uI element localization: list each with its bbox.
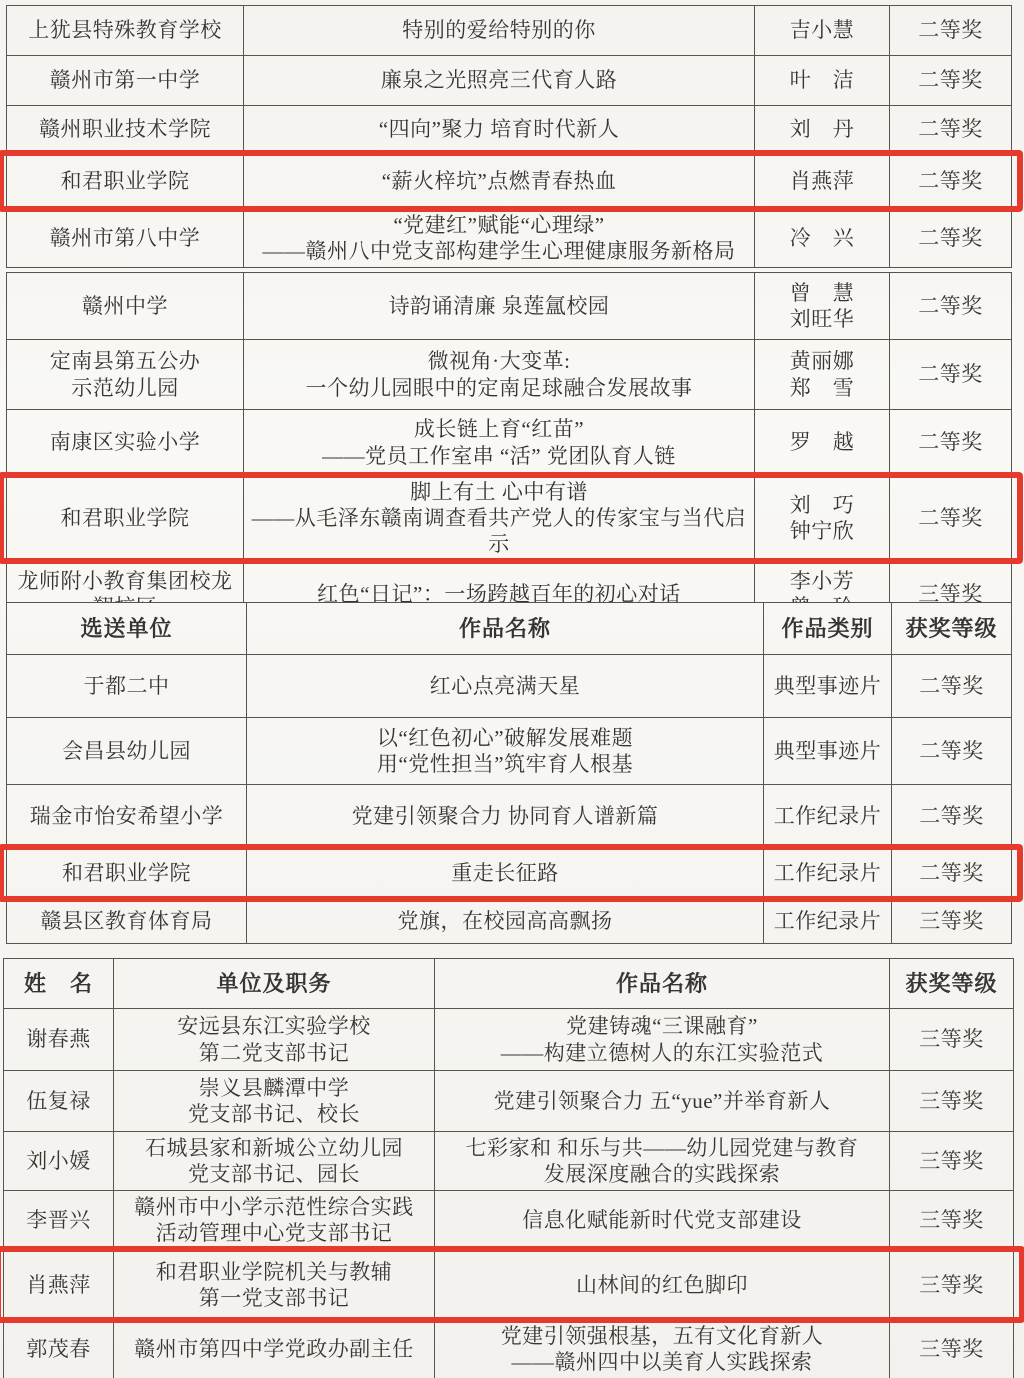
cell-person-name: 刘小媛	[4, 1132, 113, 1190]
cell-work-title: 七彩家和 和乐与共——幼儿园党建与教育 发展深度融合的实践探索	[434, 1132, 889, 1190]
cell-work-title: 信息化赋能新时代党支部建设	[434, 1191, 889, 1249]
cell-award: 二等奖	[889, 6, 1011, 55]
column-header-category: 作品类别	[763, 603, 891, 654]
table-row: 赣州职业技术学院 “四向”聚力 培育时代新人 刘 丹 二等奖	[7, 105, 1011, 153]
table-row: 定南县第五公办 示范幼儿园 微视角·大变革: 一个幼儿园眼中的定南足球融合发展故…	[7, 339, 1011, 409]
cell-unit: 和君职业学院	[7, 476, 243, 560]
cell-author: 叶 洁	[754, 56, 889, 105]
cell-award: 三等奖	[889, 1009, 1013, 1070]
categorized-work-award-table: 选送单位 作品名称 作品类别 获奖等级 于都二中 红心点亮满天星 典型事迹片 二…	[6, 602, 1012, 944]
table-row: 赣州市第一中学 廉泉之光照亮三代育人路 叶 洁 二等奖	[7, 55, 1011, 105]
table-row: 赣州市第八中学 “党建红”赋能“心理绿” ——赣州八中党支部构建学生心理健康服务…	[7, 208, 1011, 267]
cell-award: 二等奖	[891, 785, 1011, 847]
video-award-table-part1: 上犹县特殊教育学校 特别的爱给特别的你 吉小慧 二等奖 赣州市第一中学 廉泉之光…	[6, 5, 1012, 268]
cell-work-title: 党建引领强根基，五有文化育新人 ——赣州四中以美育人实践探索	[434, 1320, 889, 1378]
table-row: 会昌县幼儿园 以“红色初心”破解发展难题 用“党性担当”筑牢育人根基 典型事迹片…	[7, 717, 1011, 784]
cell-unit: 定南县第五公办 示范幼儿园	[7, 340, 243, 409]
cell-work-title: 党建引领聚合力 五“yue”并举育新人	[434, 1071, 889, 1131]
cell-work-title: 党建铸魂“三课融育” ——构建立德树人的东江实验范式	[434, 1009, 889, 1070]
column-header-award: 获奖等级	[889, 959, 1013, 1008]
column-header-unit: 选送单位	[7, 603, 246, 654]
cell-work-title: “薪火梓坑”点燃青春热血	[243, 154, 754, 208]
cell-award: 二等奖	[891, 848, 1011, 898]
column-header-work-title: 作品名称	[246, 603, 763, 654]
table-row-highlighted: 和君职业学院 脚上有土 心中有谱 ——从毛泽东赣南调查看共产党人的传家宝与当代启…	[7, 475, 1011, 560]
cell-work-title: 成长链上育“红苗” ——党员工作室串 “活” 党团队育人链	[243, 410, 754, 475]
column-header-award: 获奖等级	[891, 603, 1011, 654]
cell-author: 刘 丹	[754, 106, 889, 153]
cell-award: 二等奖	[889, 340, 1011, 409]
cell-author: 冷 兴	[754, 209, 889, 267]
cell-award: 二等奖	[889, 56, 1011, 105]
cell-award: 二等奖	[889, 410, 1011, 475]
cell-award: 二等奖	[889, 476, 1011, 560]
table-row: 赣县区教育体育局 党旗，在校园高高飘扬 工作纪录片 三等奖	[7, 898, 1011, 943]
cell-unit: 和君职业学院	[7, 154, 243, 208]
cell-award: 三等奖	[889, 1191, 1013, 1249]
cell-work-title: “四向”聚力 培育时代新人	[243, 106, 754, 153]
cell-author: 刘 巧 钟宁欣	[754, 476, 889, 560]
table-row: 郭茂春 赣州市第四中学党政办副主任 党建引领强根基，五有文化育新人 ——赣州四中…	[4, 1319, 1013, 1378]
cell-unit-position: 赣州市中小学示范性综合实践 活动管理中心党支部书记	[113, 1191, 434, 1249]
cell-unit: 于都二中	[7, 655, 246, 717]
cell-award: 二等奖	[889, 154, 1011, 208]
cell-award: 二等奖	[889, 106, 1011, 153]
cell-unit: 赣县区教育体育局	[7, 899, 246, 943]
table-row-highlighted: 和君职业学院 “薪火梓坑”点燃青春热血 肖燕萍 二等奖	[7, 153, 1011, 208]
cell-author: 肖燕萍	[754, 154, 889, 208]
table-row-highlighted: 肖燕萍 和君职业学院机关与教辅 第一党支部书记 山林间的红色脚印 三等奖	[4, 1249, 1013, 1319]
table-row: 伍复禄 崇义县麟潭中学 党支部书记、校长 党建引领聚合力 五“yue”并举育新人…	[4, 1070, 1013, 1131]
table-row: 南康区实验小学 成长链上育“红苗” ——党员工作室串 “活” 党团队育人链 罗 …	[7, 409, 1011, 475]
cell-work-title: 山林间的红色脚印	[434, 1250, 889, 1319]
cell-unit: 瑞金市怡安希望小学	[7, 785, 246, 847]
cell-work-title: “党建红”赋能“心理绿” ——赣州八中党支部构建学生心理健康服务新格局	[243, 209, 754, 267]
individual-award-table: 姓 名 单位及职务 作品名称 获奖等级 谢春燕 安远县东江实验学校 第二党支部书…	[3, 958, 1014, 1378]
cell-work-title: 特别的爱给特别的你	[243, 6, 754, 55]
cell-award: 三等奖	[889, 1320, 1013, 1378]
cell-award: 三等奖	[889, 1250, 1013, 1319]
cell-author: 黄丽娜 郑 雪	[754, 340, 889, 409]
table-row: 刘小媛 石城县家和新城公立幼儿园 党支部书记、园长 七彩家和 和乐与共——幼儿园…	[4, 1131, 1013, 1190]
cell-author: 吉小慧	[754, 6, 889, 55]
cell-work-title: 以“红色初心”破解发展难题 用“党性担当”筑牢育人根基	[246, 718, 763, 784]
table-row: 上犹县特殊教育学校 特别的爱给特别的你 吉小慧 二等奖	[7, 6, 1011, 55]
cell-unit: 赣州职业技术学院	[7, 106, 243, 153]
video-award-table-part2: 赣州中学 诗韵诵清廉 泉莲氲校园 曾 慧 刘旺华 二等奖 定南县第五公办 示范幼…	[6, 272, 1012, 628]
table-row: 于都二中 红心点亮满天星 典型事迹片 二等奖	[7, 654, 1011, 717]
cell-award: 二等奖	[889, 273, 1011, 339]
cell-category: 典型事迹片	[763, 655, 891, 717]
cell-person-name: 肖燕萍	[4, 1250, 113, 1319]
cell-person-name: 伍复禄	[4, 1071, 113, 1131]
cell-category: 工作纪录片	[763, 848, 891, 898]
cell-unit: 上犹县特殊教育学校	[7, 6, 243, 55]
cell-work-title: 脚上有土 心中有谱 ——从毛泽东赣南调查看共产党人的传家宝与当代启示	[243, 476, 754, 560]
cell-person-name: 郭茂春	[4, 1320, 113, 1378]
cell-unit-position: 赣州市第四中学党政办副主任	[113, 1320, 434, 1378]
cell-award: 三等奖	[889, 1071, 1013, 1131]
cell-unit: 赣州中学	[7, 273, 243, 339]
cell-person-name: 李晋兴	[4, 1191, 113, 1249]
cell-award: 二等奖	[891, 718, 1011, 784]
cell-unit: 和君职业学院	[7, 848, 246, 898]
table-row: 赣州中学 诗韵诵清廉 泉莲氲校园 曾 慧 刘旺华 二等奖	[7, 273, 1011, 339]
cell-unit-position: 和君职业学院机关与教辅 第一党支部书记	[113, 1250, 434, 1319]
cell-category: 工作纪录片	[763, 899, 891, 943]
scanned-document-page: 上犹县特殊教育学校 特别的爱给特别的你 吉小慧 二等奖 赣州市第一中学 廉泉之光…	[0, 0, 1024, 1378]
cell-work-title: 党建引领聚合力 协同育人谱新篇	[246, 785, 763, 847]
cell-award: 三等奖	[891, 899, 1011, 943]
table-row: 瑞金市怡安希望小学 党建引领聚合力 协同育人谱新篇 工作纪录片 二等奖	[7, 784, 1011, 847]
cell-work-title: 党旗，在校园高高飘扬	[246, 899, 763, 943]
cell-unit: 赣州市第一中学	[7, 56, 243, 105]
table-header-row: 姓 名 单位及职务 作品名称 获奖等级	[4, 959, 1013, 1008]
cell-award: 二等奖	[891, 655, 1011, 717]
cell-work-title: 廉泉之光照亮三代育人路	[243, 56, 754, 105]
column-header-unit-position: 单位及职务	[113, 959, 434, 1008]
cell-unit-position: 石城县家和新城公立幼儿园 党支部书记、园长	[113, 1132, 434, 1190]
table-row-highlighted: 和君职业学院 重走长征路 工作纪录片 二等奖	[7, 847, 1011, 898]
cell-unit: 南康区实验小学	[7, 410, 243, 475]
cell-author: 曾 慧 刘旺华	[754, 273, 889, 339]
cell-work-title: 微视角·大变革: 一个幼儿园眼中的定南足球融合发展故事	[243, 340, 754, 409]
cell-work-title: 红心点亮满天星	[246, 655, 763, 717]
cell-unit: 赣州市第八中学	[7, 209, 243, 267]
cell-unit-position: 崇义县麟潭中学 党支部书记、校长	[113, 1071, 434, 1131]
table-row: 谢春燕 安远县东江实验学校 第二党支部书记 党建铸魂“三课融育” ——构建立德树…	[4, 1008, 1013, 1070]
table-row: 李晋兴 赣州市中小学示范性综合实践 活动管理中心党支部书记 信息化赋能新时代党支…	[4, 1190, 1013, 1249]
cell-award: 二等奖	[889, 209, 1011, 267]
cell-category: 典型事迹片	[763, 718, 891, 784]
cell-unit: 会昌县幼儿园	[7, 718, 246, 784]
cell-person-name: 谢春燕	[4, 1009, 113, 1070]
cell-category: 工作纪录片	[763, 785, 891, 847]
cell-award: 三等奖	[889, 1132, 1013, 1190]
table-header-row: 选送单位 作品名称 作品类别 获奖等级	[7, 603, 1011, 654]
cell-unit-position: 安远县东江实验学校 第二党支部书记	[113, 1009, 434, 1070]
cell-work-title: 重走长征路	[246, 848, 763, 898]
cell-work-title: 诗韵诵清廉 泉莲氲校园	[243, 273, 754, 339]
column-header-person-name: 姓 名	[4, 959, 113, 1008]
cell-author: 罗 越	[754, 410, 889, 475]
column-header-work-title: 作品名称	[434, 959, 889, 1008]
